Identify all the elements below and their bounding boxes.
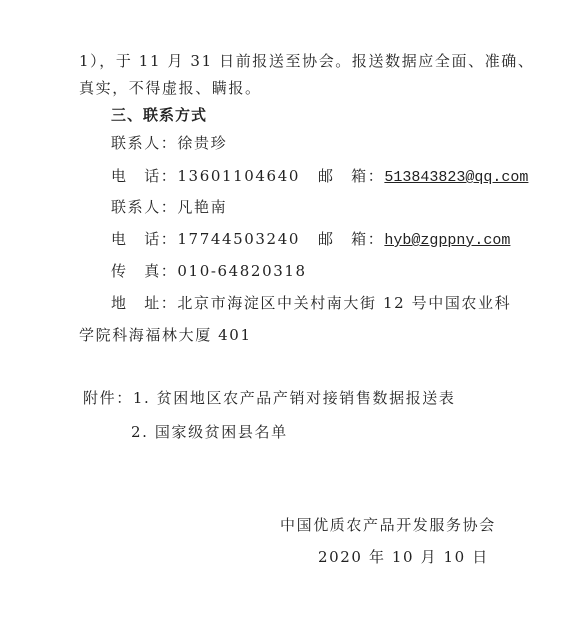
phone-number: 17744503240: [177, 230, 300, 248]
contact-person-label: 联系人：: [111, 198, 177, 216]
contact-person-label: 联系人：: [111, 134, 177, 152]
address-line-2: 学院科海福林大厦 401: [79, 325, 252, 345]
address-label: 地 址：: [111, 294, 177, 312]
signature-organization: 中国优质农产品开发服务协会: [280, 515, 496, 535]
document-page: 1），于 11 月 31 日前报送至协会。报送数据应全面、准确、 真实，不得虚报…: [0, 0, 573, 628]
attachment-title: 1. 贫困地区农产品产销对接销售数据报送表: [133, 389, 456, 407]
address-text: 北京市海淀区中关村南大街 12 号中国农业科: [177, 294, 511, 312]
email-label: 邮 箱：: [318, 167, 384, 185]
phone-label: 电 话：: [111, 230, 177, 248]
paragraph-line-1: 1），于 11 月 31 日前报送至协会。报送数据应全面、准确、: [79, 51, 535, 71]
contact-person-name: 徐贵珍: [177, 134, 227, 152]
email-link[interactable]: hyb@zgppny.com: [384, 232, 510, 249]
email-link[interactable]: 513843823@qq.com: [384, 169, 528, 186]
phone-number: 13601104640: [177, 167, 300, 185]
contact-person-2: 联系人：凡艳南: [111, 197, 227, 217]
address-line-1: 地 址：北京市海淀区中关村南大街 12 号中国农业科: [111, 293, 511, 313]
attachment-item-2: 2. 国家级贫困县名单: [131, 422, 288, 442]
attachment-item-1: 附件：1. 贫困地区农产品产销对接销售数据报送表: [83, 388, 456, 408]
contact-phone-email-1: 电 话：13601104640邮 箱：513843823@qq.com: [111, 166, 528, 188]
contact-person-name: 凡艳南: [177, 198, 227, 216]
signature-date: 2020 年 10 月 10 日: [318, 547, 489, 567]
section-heading-contact: 三、联系方式: [111, 105, 207, 125]
fax-line: 传 真：010-64820318: [111, 261, 307, 281]
paragraph-line-2: 真实，不得虚报、瞒报。: [79, 78, 262, 98]
email-label: 邮 箱：: [318, 230, 384, 248]
attachments-label: 附件：: [83, 389, 133, 407]
fax-label: 传 真：: [111, 262, 177, 280]
phone-label: 电 话：: [111, 167, 177, 185]
contact-person-1: 联系人：徐贵珍: [111, 133, 227, 153]
fax-number: 010-64820318: [177, 262, 306, 280]
contact-phone-email-2: 电 话：17744503240邮 箱：hyb@zgppny.com: [111, 229, 510, 251]
